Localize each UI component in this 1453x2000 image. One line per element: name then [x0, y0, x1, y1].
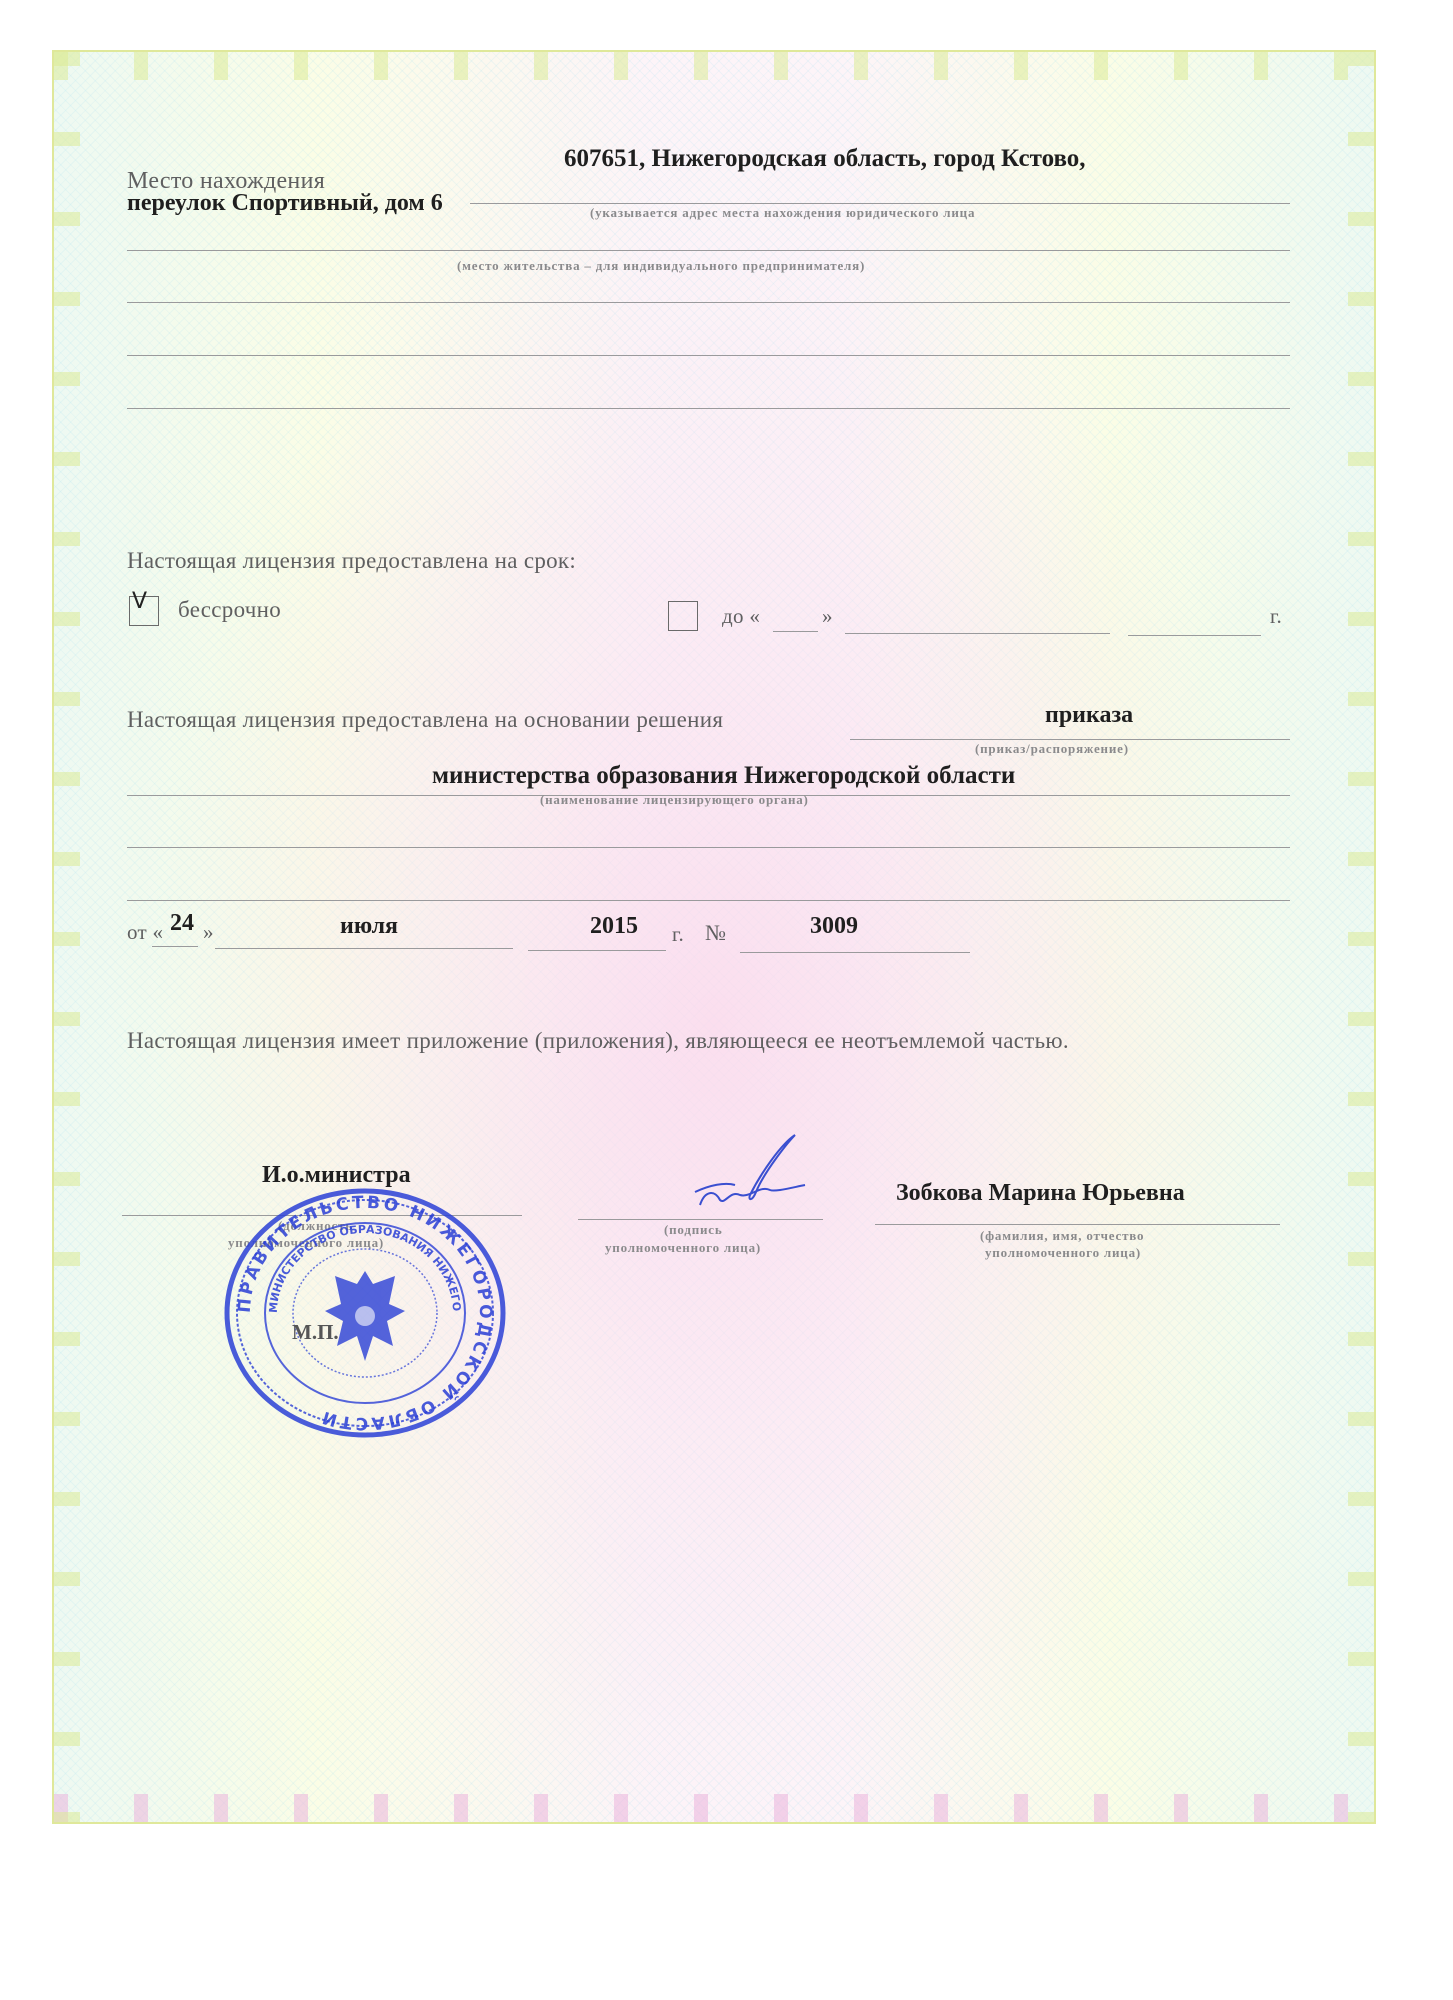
blank-line-1	[127, 302, 1290, 303]
guilloche-border-right	[1348, 52, 1374, 1822]
blank-line-5	[127, 900, 1290, 901]
date-year-suffix: г.	[672, 922, 684, 947]
term-heading: Настоящая лицензия предоставлена на срок…	[127, 548, 576, 574]
hint-individual: (место жительства – для индивидуального …	[457, 258, 865, 274]
blank-line-3	[127, 408, 1290, 409]
address-line-rule-1	[470, 203, 1290, 204]
address-line-rule-2	[127, 250, 1290, 251]
signatory-full-name: Зобкова Марина Юрьевна	[896, 1180, 1185, 1207]
seal-label: М.П.	[292, 1320, 339, 1345]
option-until-label: до «	[722, 604, 760, 629]
signatory-position: И.о.министра	[262, 1162, 411, 1189]
appendix-note: Настоящая лицензия имеет приложение (при…	[127, 1028, 1069, 1054]
date-day: 24	[170, 910, 194, 937]
guilloche-border-bottom	[54, 1794, 1374, 1822]
blank-line-4	[127, 847, 1290, 848]
date-prefix: от «	[127, 920, 163, 945]
official-seal-icon: ПРАВИТЕЛЬСТВО НИЖЕГОРОДСКОЙ ОБЛАСТИ МИНИ…	[220, 1188, 510, 1438]
address-line-1: 607651, Нижегородская область, город Кст…	[564, 145, 1086, 173]
guilloche-border-top	[54, 52, 1374, 80]
hint-legal-entity: (указывается адрес места нахождения юрид…	[590, 205, 975, 221]
guilloche-border-left	[54, 52, 80, 1822]
address-line-2: переулок Спортивный, дом 6	[127, 190, 443, 217]
number-sign: №	[705, 920, 726, 946]
date-day-line	[152, 946, 198, 947]
name-line	[875, 1224, 1280, 1225]
date-month-line	[215, 948, 513, 949]
until-year-line	[1128, 635, 1261, 636]
date-year: 2015	[590, 913, 638, 940]
checkbox-unlimited[interactable]: V	[129, 596, 159, 626]
check-mark-icon: V	[132, 589, 147, 614]
name-hint-2: уполномоченного лица)	[985, 1245, 1141, 1261]
signature-line	[578, 1219, 823, 1220]
until-year-suffix: г.	[1270, 604, 1282, 629]
licensing-authority: министерства образования Нижегородской о…	[432, 762, 1015, 790]
date-month: июля	[340, 913, 398, 940]
signature-icon	[680, 1130, 810, 1210]
date-year-line	[528, 950, 666, 951]
until-day-line	[773, 631, 818, 632]
date-close-quote: »	[203, 920, 214, 945]
blank-line-2	[127, 355, 1290, 356]
number-line	[740, 952, 970, 953]
decision-type: приказа	[1045, 702, 1133, 729]
until-close-quote: »	[822, 604, 833, 629]
authority-hint: (наименование лицензирующего органа)	[540, 792, 809, 808]
until-month-line	[845, 633, 1110, 634]
decision-type-line	[850, 739, 1290, 740]
license-number: 3009	[810, 913, 858, 940]
basis-heading: Настоящая лицензия предоставлена на осно…	[127, 707, 723, 733]
signature-hint-1: (подпись	[664, 1222, 723, 1238]
decision-type-hint: (приказ/распоряжение)	[975, 741, 1129, 757]
option-unlimited-label: бессрочно	[178, 597, 281, 623]
checkbox-until[interactable]	[668, 601, 698, 631]
name-hint-1: (фамилия, имя, отчество	[980, 1228, 1144, 1244]
signature-hint-2: уполномоченного лица)	[605, 1240, 761, 1256]
